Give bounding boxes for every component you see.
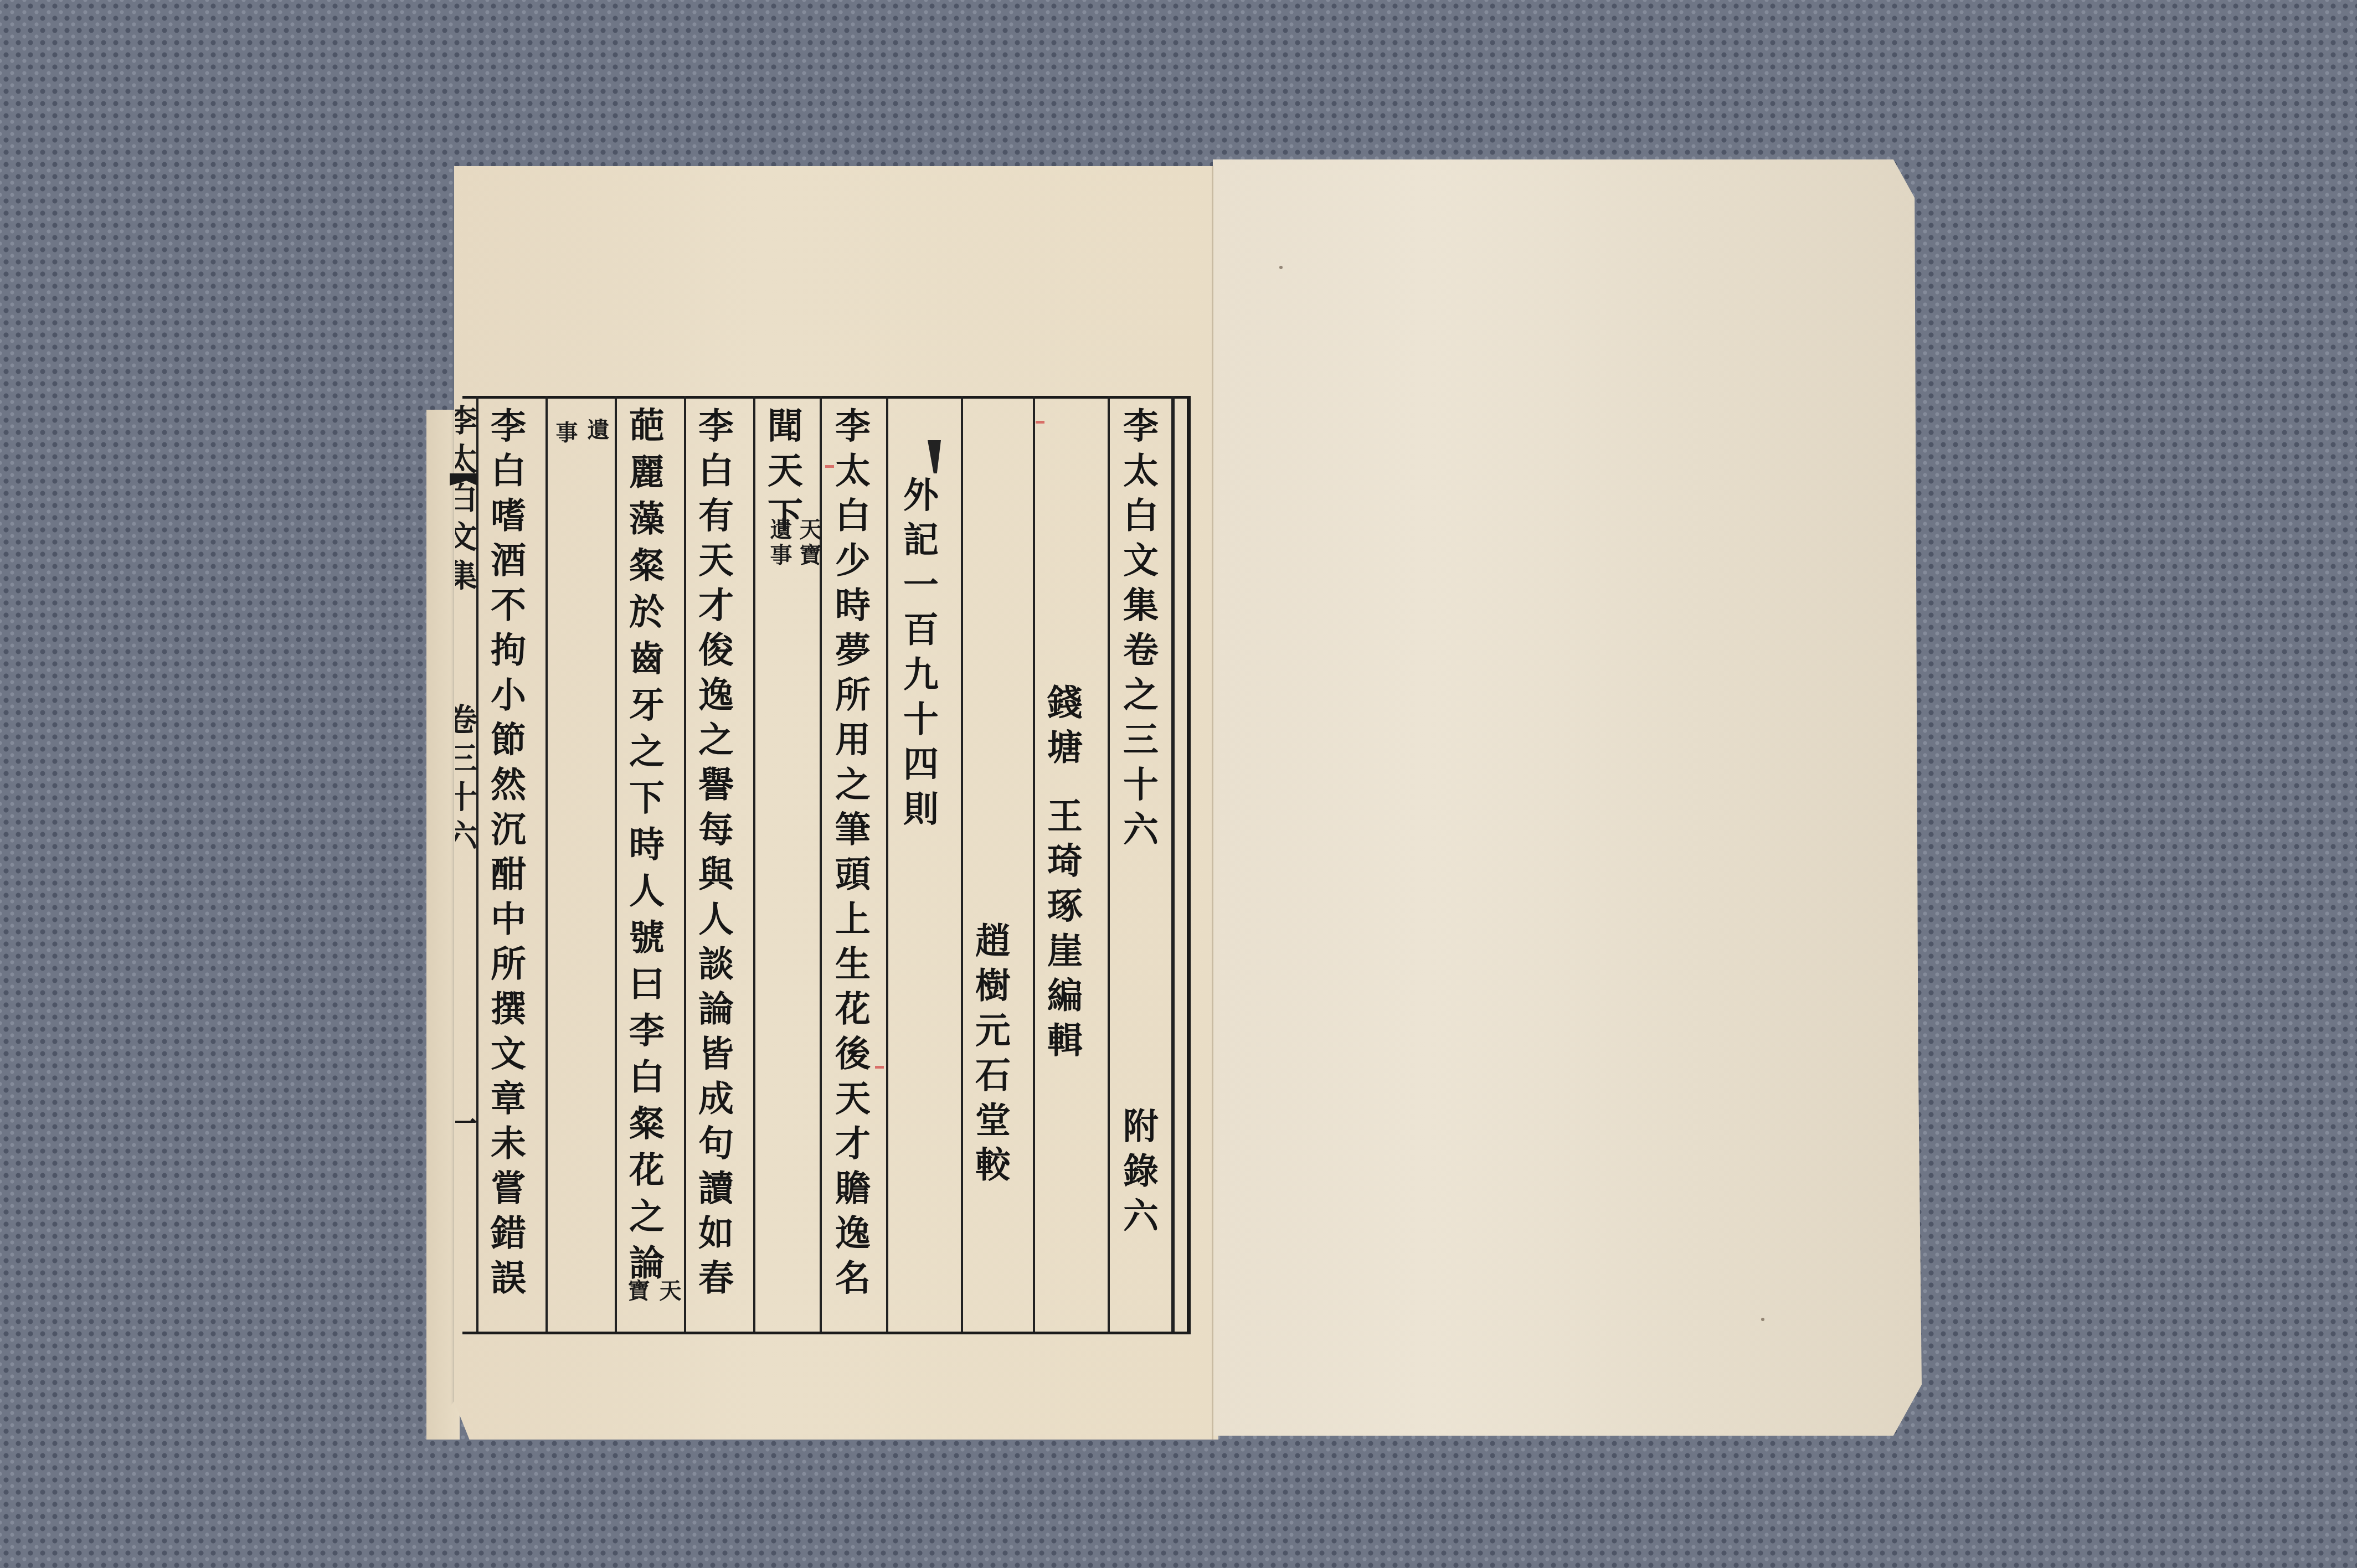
appendix-label: 附錄六 [1120, 1107, 1155, 1242]
text-column: 李白嗜酒不拘小節然沉酣中所撰文章未嘗錯誤 [487, 407, 523, 1304]
frame-inner-rule [1171, 396, 1175, 1332]
column-rule [961, 396, 963, 1332]
column-rule [1033, 396, 1035, 1332]
paper-speck [1279, 266, 1283, 269]
column-rule [684, 396, 686, 1332]
annotation-note: 天 [656, 1279, 681, 1304]
text-column: 李太白少時夢所用之筆頭上生花後天才贍逸名 [832, 407, 867, 1304]
annotation-note: 寶 [625, 1279, 649, 1304]
annotation-note: 天寶 [796, 518, 821, 569]
red-mark [825, 465, 834, 468]
editor-place: 錢塘 [1044, 684, 1079, 773]
right-blank-page [1213, 159, 1922, 1436]
column-rule [886, 396, 888, 1332]
column-rule [1108, 396, 1110, 1332]
annotation-note: 遺事 [767, 518, 791, 569]
annotation-note: 事 [553, 421, 577, 446]
red-mark [875, 1066, 884, 1069]
section-heading: 外記一百九十四則 [900, 476, 935, 835]
editor-name: 王琦琢崖編輯 [1044, 797, 1079, 1066]
red-mark [1036, 421, 1044, 424]
book-title: 李太白文集卷之三十六 [1120, 407, 1155, 855]
text-column: 葩麗藻粲於齒牙之下時人號曰李白粲花之論 [626, 407, 661, 1291]
column-rule [615, 396, 617, 1332]
text-column: 李白有天才俊逸之譽每與人談論皆成句讀如春 [695, 407, 730, 1304]
paper-speck [1761, 1318, 1764, 1321]
annotation-note: 遺 [584, 418, 609, 443]
column-rule [545, 396, 548, 1332]
book-gutter [1212, 166, 1213, 1440]
column-rule [753, 396, 755, 1332]
collator-name: 趙樹元石堂較 [972, 922, 1007, 1191]
